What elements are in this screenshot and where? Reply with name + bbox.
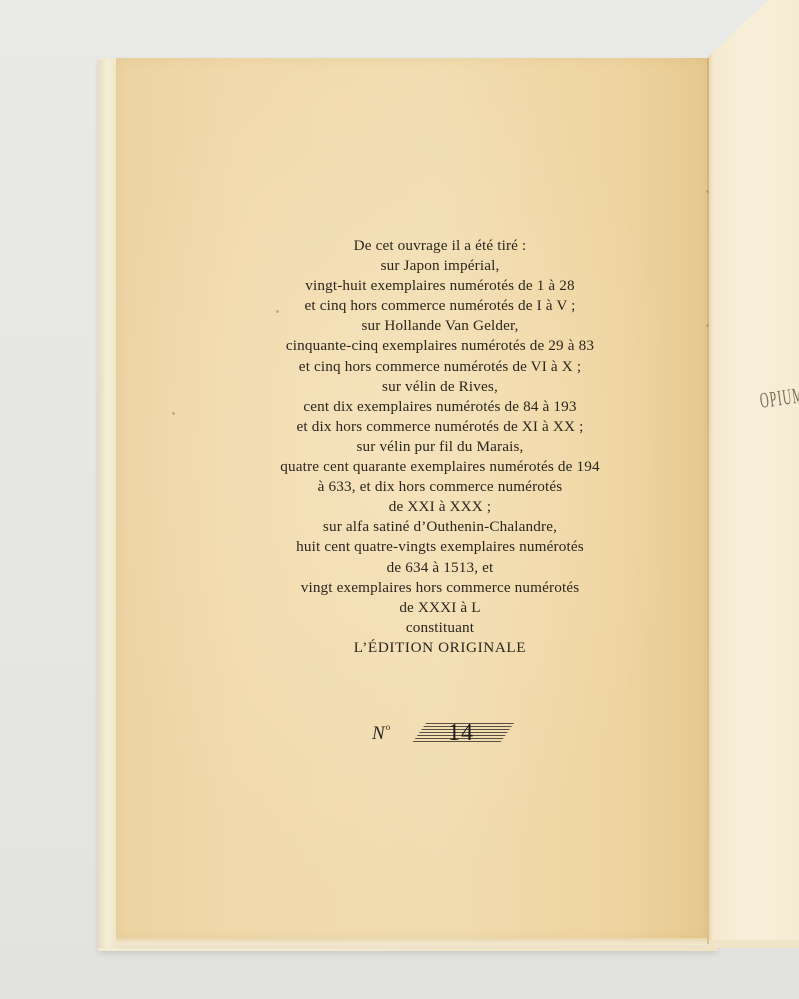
colophon-line: cent dix exemplaires numérotés de 84 à 1… bbox=[240, 397, 640, 417]
colophon-line: vingt exemplaires hors commerce numéroté… bbox=[240, 578, 640, 598]
copy-number: No 14 bbox=[372, 718, 532, 748]
colophon-line: et cinq hors commerce numérotés de I à V… bbox=[240, 296, 640, 316]
facing-page bbox=[708, 0, 799, 944]
paper-speck bbox=[706, 324, 709, 327]
colophon-line: sur Hollande Van Gelder, bbox=[240, 316, 640, 336]
colophon-line: sur Japon impérial, bbox=[240, 256, 640, 276]
colophon-line: quatre cent quarante exemplaires numérot… bbox=[240, 457, 640, 477]
colophon-line: cinquante-cinq exemplaires numérotés de … bbox=[240, 336, 640, 356]
book-photo: OPIUM De cet ouvrage il a été tiré : sur… bbox=[0, 0, 799, 999]
colophon-line: de XXXI à L bbox=[240, 598, 640, 618]
colophon-line: sur vélin pur fil du Marais, bbox=[240, 437, 640, 457]
edition-statement: L’ÉDITION ORIGINALE bbox=[240, 638, 640, 658]
facing-page-title: OPIUM bbox=[758, 382, 799, 414]
colophon-line: et cinq hors commerce numérotés de VI à … bbox=[240, 357, 640, 377]
numero-label: No bbox=[372, 722, 390, 745]
numero-value: 14 bbox=[448, 720, 474, 747]
colophon-line: de XXI à XXX ; bbox=[240, 497, 640, 517]
colophon-line: constituant bbox=[240, 618, 640, 638]
colophon-line: à 633, et dix hors commerce numérotés bbox=[240, 477, 640, 497]
facing-page-bottom-edge bbox=[708, 940, 799, 948]
cover-fold-edge bbox=[98, 60, 118, 948]
colophon-line: De cet ouvrage il a été tiré : bbox=[240, 236, 640, 256]
colophon-line: sur vélin de Rives, bbox=[240, 377, 640, 397]
colophon-line: et dix hors commerce numérotés de XI à X… bbox=[240, 417, 640, 437]
paper-speck bbox=[706, 190, 709, 193]
page-bottom-edge bbox=[116, 938, 708, 948]
colophon-line: de 634 à 1513, et bbox=[240, 558, 640, 578]
paper-speck bbox=[172, 412, 175, 415]
colophon-line: sur alfa satiné d’Outhenin-Chalandre, bbox=[240, 517, 640, 537]
colophon-line: huit cent quatre-vingts exemplaires numé… bbox=[240, 537, 640, 557]
limitation-statement: De cet ouvrage il a été tiré : sur Japon… bbox=[240, 236, 640, 658]
colophon-line: vingt-huit exemplaires numérotés de 1 à … bbox=[240, 276, 640, 296]
